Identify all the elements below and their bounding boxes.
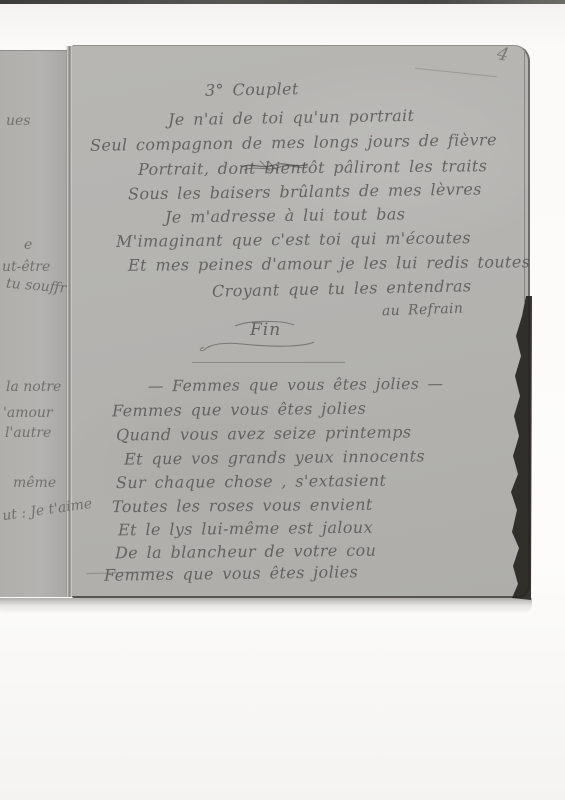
couplet-line: Je m'adresse à lui tout bas [165,204,406,226]
worn-page-edge [504,296,534,600]
fin-flourish [190,316,320,362]
scribble-overwrite [240,158,310,174]
prev-page-fragment: 'amour [3,405,53,421]
prev-page-fragment: la notre [6,379,61,395]
separator-line [192,362,345,363]
scan-edge-strip [0,0,565,4]
song-line: Quand vous avez seize printemps [116,422,412,444]
song-line: Toutes les roses vous envient [112,495,373,516]
prev-page-fragment: même [13,475,56,491]
prev-page-fragment: l'autre [5,425,51,441]
prev-page-fragment: ut-être [2,259,50,275]
refrain-note: au Refrain [382,301,464,320]
song-line: Et le lys lui-même est jaloux [118,518,373,540]
prev-page-fragment: e [24,237,32,253]
song-line: Femmes que vous êtes jolies [112,399,366,421]
song-line: Sur chaque chose , s'extasient [116,471,386,492]
couplet-line: Et mes peines d'amour je les lui redis t… [128,252,530,275]
prev-page-fragment: tu souffrira [5,276,67,299]
couplet-heading: 3° Couplet [205,79,299,100]
page-bottom-shadow [0,598,532,614]
song-line: Et que vos grands yeux innocents [124,446,425,468]
couplet-line: Portrait, dont bientôt pâliront les trai… [138,156,488,179]
couplet-line: M'imaginant que c'est toi qui m'écoutes [116,228,471,251]
song-title: — Femmes que vous êtes jolies — [148,375,444,396]
notebook-scan: ues e ut-être tu souffrira la notre 'amo… [0,0,565,800]
prev-page-fragment: ues [6,113,31,129]
song-line: Femmes que vous êtes jolies [104,562,358,585]
song-line: De la blancheur de votre cou [115,541,376,563]
